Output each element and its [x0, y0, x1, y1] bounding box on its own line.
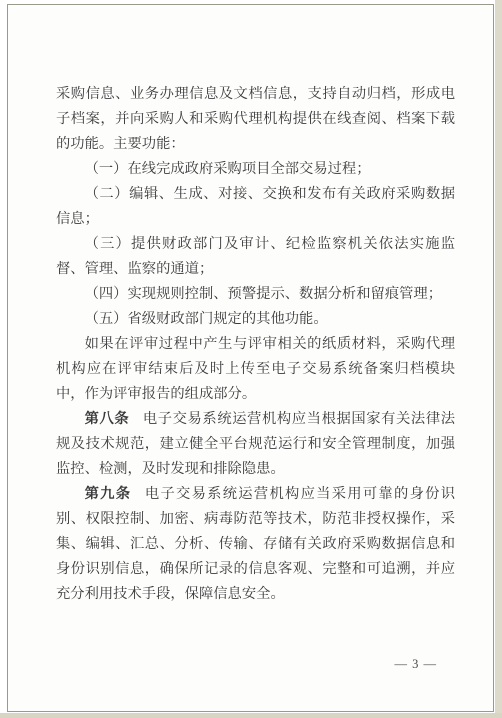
- paragraph-intro: 采购信息、业务办理信息及文档信息，支持自动归档，形成电子档案，并向采购人和采购代…: [56, 82, 455, 157]
- page-number: — 3 —: [395, 657, 438, 672]
- article-9-number: 第九条: [85, 486, 132, 502]
- article-8-number: 第八条: [85, 411, 130, 427]
- paragraph-review-materials: 如果在评审过程中产生与评审相关的纸质材料，采购代理机构应在评审结束后及时上传至电…: [56, 332, 455, 407]
- paragraph-function-4: （四）实现规则控制、预警提示、数据分析和留痕管理；: [56, 282, 455, 307]
- paragraph-article-8: 第八条电子交易系统运营机构应当根据国家有关法律法规及技术规范，建立健全平台规范运…: [56, 407, 455, 482]
- paragraph-function-5: （五）省级财政部门规定的其他功能。: [56, 307, 455, 332]
- document-text: 采购信息、业务办理信息及文档信息，支持自动归档，形成电子档案，并向采购人和采购代…: [8, 5, 493, 607]
- document-page: 采购信息、业务办理信息及文档信息，支持自动归档，形成电子档案，并向采购人和采购代…: [7, 4, 494, 712]
- paragraph-function-3: （三）提供财政部门及审计、纪检监察机关依法实施监督、管理、监察的通道；: [56, 232, 455, 282]
- paragraph-function-2: （二）编辑、生成、对接、交换和发布有关政府采购数据信息；: [56, 182, 455, 232]
- paragraph-article-9: 第九条电子交易系统运营机构应当采用可靠的身份识别、权限控制、加密、病毒防范等技术…: [56, 482, 455, 607]
- paragraph-function-1: （一）在线完成政府采购项目全部交易过程；: [56, 157, 455, 182]
- scan-edge-right: [495, 0, 502, 718]
- scan-edge-bottom: [0, 713, 502, 718]
- article-9-text: 电子交易系统运营机构应当采用可靠的身份识别、权限控制、加密、病毒防范等技术，防范…: [56, 486, 455, 602]
